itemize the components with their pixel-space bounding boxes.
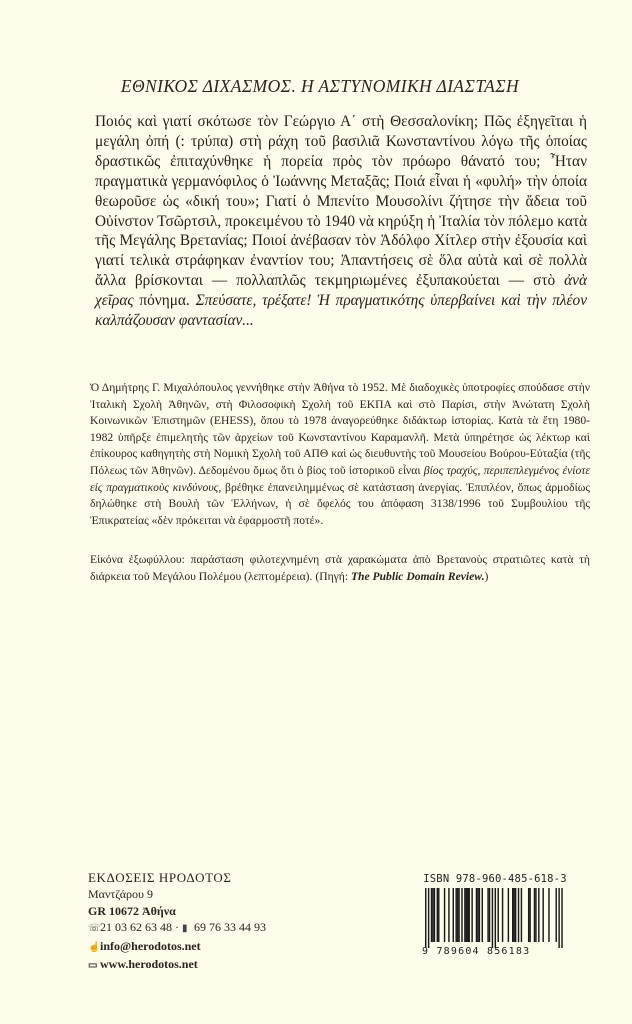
publisher-mobile: 69 76 33 44 93 [194,920,266,934]
phone-separator: · [175,920,179,934]
publisher-email-row: ☝info@herodotos.net [88,938,308,956]
publisher-website[interactable]: www.herodotos.net [100,957,198,971]
publisher-phone: 21 03 62 63 48 [100,920,172,934]
publisher-info: ΕΚΔΟΣΕΙΣ ΗΡΟΔΟΤΟΣ Μαντζάρου 9 GR 10672 Ἀ… [88,870,308,974]
credit-source: The Public Domain Review. [351,570,485,583]
cover-image-credit: Εἰκόνα ἐξωφύλλου: παράσταση φιλοτεχνημέν… [90,552,590,585]
bio-text: Ὁ Δημήτρης Γ. Μιχαλόπουλος γεννήθηκε στὴ… [90,381,590,477]
publisher-city: GR 10672 Ἀθήνα [88,903,308,919]
mouse-icon: ☝ [88,940,100,956]
publisher-street: Μαντζάρου 9 [88,886,308,902]
credit-text: Εἰκόνα ἐξωφύλλου: παράσταση φιλοτεχνημέν… [90,553,590,583]
blurb-text: Ποιός καὶ γιατί σκότωσε τὸν Γεώργιο Α΄ σ… [95,113,587,289]
blurb-text-after: πόνημα. [139,292,189,309]
isbn-label: ISBN 978-960-485-618-3 [420,873,570,885]
publisher-name: ΕΚΔΟΣΕΙΣ ΗΡΟΔΟΤΟΣ [88,870,308,886]
computer-icon: ▭ [88,958,100,974]
barcode [420,888,570,948]
author-bio: Ὁ Δημήτρης Γ. Μιχαλόπουλος γεννήθηκε στὴ… [90,380,590,529]
publisher-email[interactable]: info@herodotos.net [100,939,201,953]
page-title: ΕΘΝΙΚΟΣ ΔΙΧΑΣΜΟΣ. Η ΑΣΤΥΝΟΜΙΚΗ ΔΙΑΣΤΑΣΗ [90,76,550,97]
mobile-phone-icon: ▮ [182,921,194,937]
isbn-block: ISBN 978-960-485-618-3 9 789604 856183 [420,873,570,957]
credit-close: ) [485,570,489,583]
barcode-digits: 9 789604 856183 [420,946,570,957]
phone-icon: ☏ [88,921,100,937]
publisher-website-row: ▭www.herodotos.net [88,956,308,974]
publisher-phones: ☏21 03 62 63 48 · ▮69 76 33 44 93 [88,919,308,937]
back-cover-blurb: Ποιός καὶ γιατί σκότωσε τὸν Γεώργιο Α΄ σ… [95,112,587,331]
